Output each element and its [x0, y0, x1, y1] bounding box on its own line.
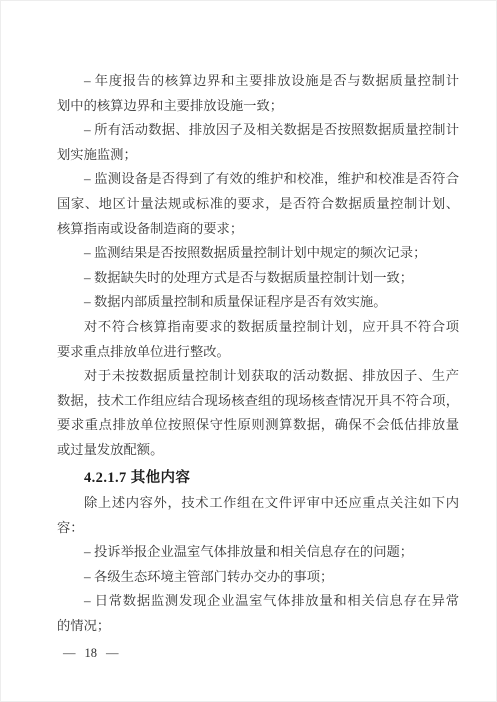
page-footer: — 18 — [63, 645, 119, 661]
text-line: 要求重点排放单位按照保守性原则测算数据，确保不会低估排放量 [57, 413, 459, 438]
text-line: 要求重点排放单位进行整改。 [57, 340, 459, 365]
text-line: 或过量发放配额。 [57, 438, 459, 463]
text-line: 国家、地区计量法规或标准的要求，是否符合数据质量控制计划、 [57, 192, 459, 217]
text-line: 除上述内容外，技术工作组在文件评审中还应重点关注如下内 [57, 491, 459, 516]
text-line: – 数据缺失时的处理方式是否与数据质量控制计划一致； [57, 266, 459, 291]
text-line: – 年度报告的核算边界和主要排放设施是否与数据质量控制计 [57, 69, 459, 94]
paragraph: – 各级生态环境主管部门转办交办的事项； [57, 565, 459, 590]
text-line: 对于未按数据质量控制计划获取的活动数据、排放因子、生产 [57, 364, 459, 389]
text-line: – 投诉举报企业温室气体排放量和相关信息存在的问题； [57, 540, 459, 565]
text-line: 划实施监测； [57, 143, 459, 168]
paragraph: – 所有活动数据、排放因子及相关数据是否按照数据质量控制计划实施监测； [57, 118, 459, 167]
paragraph: 对不符合核算指南要求的数据质量控制计划，应开具不符合项要求重点排放单位进行整改。 [57, 315, 459, 364]
text-line: – 监测结果是否按照数据质量控制计划中规定的频次记录； [57, 241, 459, 266]
heading-line: 4.2.1.7 其他内容 [57, 466, 459, 491]
text-line: – 所有活动数据、排放因子及相关数据是否按照数据质量控制计 [57, 118, 459, 143]
paragraph: – 数据缺失时的处理方式是否与数据质量控制计划一致； [57, 266, 459, 291]
paragraph: – 年度报告的核算边界和主要排放设施是否与数据质量控制计划中的核算边界和主要排放… [57, 69, 459, 118]
text-line: – 监测设备是否得到了有效的维护和校准，维护和校准是否符合 [57, 167, 459, 192]
text-line: 划中的核算边界和主要排放设施一致； [57, 94, 459, 119]
text-line: 的情况； [57, 614, 459, 639]
text-line: 核算指南或设备制造商的要求； [57, 217, 459, 242]
paragraph: – 监测结果是否按照数据质量控制计划中规定的频次记录； [57, 241, 459, 266]
text-line: – 各级生态环境主管部门转办交办的事项； [57, 565, 459, 590]
section-heading: 4.2.1.7 其他内容 [57, 466, 459, 491]
text-line: 容： [57, 516, 459, 541]
paragraph: – 数据内部质量控制和质量保证程序是否有效实施。 [57, 290, 459, 315]
paragraph: 对于未按数据质量控制计划获取的活动数据、排放因子、生产数据，技术工作组应结合现场… [57, 364, 459, 462]
page-number: 18 [85, 645, 98, 661]
text-line: 数据，技术工作组应结合现场核查组的现场核查情况开具不符合项， [57, 389, 459, 414]
footer-left-dash: — [63, 645, 76, 661]
footer-right-dash: — [106, 645, 119, 661]
paragraph: – 日常数据监测发现企业温室气体排放量和相关信息存在异常的情况； [57, 589, 459, 638]
paragraph: 除上述内容外，技术工作组在文件评审中还应重点关注如下内容： [57, 491, 459, 540]
paragraph: – 投诉举报企业温室气体排放量和相关信息存在的问题； [57, 540, 459, 565]
text-line: 对不符合核算指南要求的数据质量控制计划，应开具不符合项 [57, 315, 459, 340]
text-line: – 数据内部质量控制和质量保证程序是否有效实施。 [57, 290, 459, 315]
paragraph: – 监测设备是否得到了有效的维护和校准，维护和校准是否符合国家、地区计量法规或标… [57, 167, 459, 241]
page-body: – 年度报告的核算边界和主要排放设施是否与数据质量控制计划中的核算边界和主要排放… [57, 69, 459, 639]
text-line: – 日常数据监测发现企业温室气体排放量和相关信息存在异常 [57, 589, 459, 614]
document-page: – 年度报告的核算边界和主要排放设施是否与数据质量控制计划中的核算边界和主要排放… [0, 0, 497, 702]
